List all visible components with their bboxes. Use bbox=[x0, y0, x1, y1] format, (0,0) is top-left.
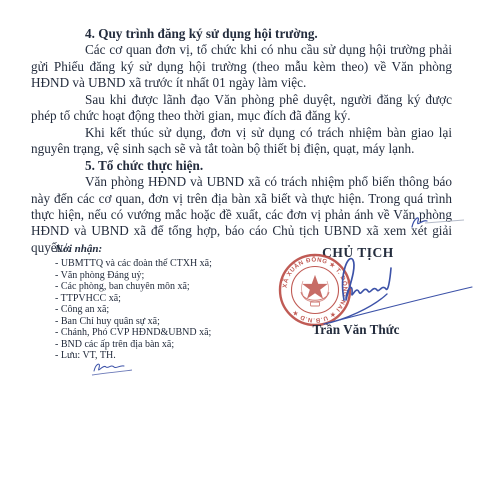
section-heading-5: 5. Tổ chức thực hiện. bbox=[31, 158, 452, 174]
scanned-document-page: 4. Quy trình đăng ký sử dụng hội trường.… bbox=[0, 0, 480, 478]
paragraph: Khi kết thúc sử dụng, đơn vị sử dụng có … bbox=[31, 125, 452, 158]
paragraph: Các cơ quan đơn vị, tổ chức khi có nhu c… bbox=[31, 42, 452, 91]
recipient-item: - Ban Chỉ huy quân sự xã; bbox=[55, 316, 265, 328]
recipient-item: - Các phòng, ban chuyên môn xã; bbox=[55, 281, 265, 293]
paragraph-end-initial-icon bbox=[406, 211, 468, 240]
recipients-block: Nơi nhận: - UBMTTQ và các đoàn thể CTXH … bbox=[55, 243, 265, 362]
recipient-item: - TTPVHCC xã; bbox=[55, 293, 265, 305]
recipient-item: - Lưu: VT, TH. bbox=[55, 350, 265, 362]
recipient-item: - Công an xã; bbox=[55, 304, 265, 316]
recipient-item: - BND các ấp trên địa bàn xã; bbox=[55, 339, 265, 351]
recipient-item: - Văn phòng Đảng uỷ; bbox=[55, 270, 265, 282]
paragraph: Sau khi được lãnh đạo Văn phòng phê duyệ… bbox=[31, 92, 452, 125]
recipient-item: - Chánh, Phó CVP HĐND&UBND xã; bbox=[55, 327, 265, 339]
section-heading-4: 4. Quy trình đăng ký sử dụng hội trường. bbox=[31, 26, 452, 42]
signer-name: Trần Văn Thức bbox=[283, 322, 429, 338]
clerk-initial-icon bbox=[90, 359, 138, 384]
document-body: 4. Quy trình đăng ký sử dụng hội trường.… bbox=[31, 26, 452, 256]
recipient-item: - UBMTTQ và các đoàn thể CTXH xã; bbox=[55, 258, 265, 270]
recipients-label: Nơi nhận: bbox=[55, 243, 265, 255]
